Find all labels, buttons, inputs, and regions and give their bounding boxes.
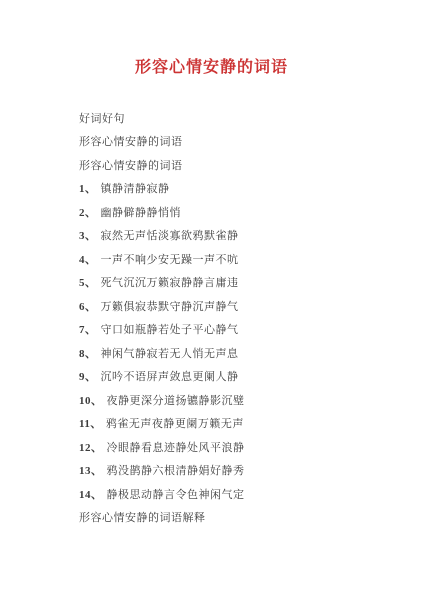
text-line: 形容心情安静的词语	[79, 130, 403, 154]
item-number: 9、	[79, 368, 97, 384]
page-title: 形容心情安静的词语	[0, 0, 423, 77]
item-number: 4、	[79, 251, 97, 267]
text-line: 好词好句	[79, 106, 403, 130]
numbered-list-item: 9、沉吟不语屏声敛息更阑人静	[79, 365, 403, 389]
text-line: 形容心情安静的词语	[79, 153, 403, 177]
item-text: 形容心情安静的词语	[79, 157, 183, 173]
item-number: 11、	[79, 415, 102, 431]
item-text: 鸦没鹊静六根清静娟好静秀	[107, 462, 245, 478]
item-number: 10、	[79, 392, 103, 408]
item-text: 好词好句	[79, 110, 125, 126]
item-number: 8、	[79, 345, 97, 361]
item-text: 形容心情安静的词语解释	[79, 509, 206, 525]
item-number: 6、	[79, 298, 97, 314]
numbered-list-item: 8、神闲气静寂若无人悄无声息	[79, 341, 403, 365]
word-list: 好词好句形容心情安静的词语形容心情安静的词语1、镇静清静寂静2、幽静僻静静悄悄3…	[79, 106, 403, 529]
numbered-list-item: 2、幽静僻静静悄悄	[79, 200, 403, 224]
numbered-list-item: 10、夜静更深分道扬镳静影沉璧	[79, 388, 403, 412]
item-number: 5、	[79, 274, 97, 290]
item-text: 万籁俱寂恭默守静沉声静气	[101, 298, 239, 314]
item-text: 沉吟不语屏声敛息更阑人静	[101, 368, 239, 384]
item-text: 静极思动静言令色神闲气定	[107, 486, 245, 502]
numbered-list-item: 7、守口如瓶静若处子平心静气	[79, 318, 403, 342]
numbered-list-item: 1、镇静清静寂静	[79, 177, 403, 201]
item-text: 一声不响少安无躁一声不吭	[101, 251, 239, 267]
item-text: 死气沉沉万籁寂静静言庸违	[101, 274, 239, 290]
item-text: 神闲气静寂若无人悄无声息	[101, 345, 239, 361]
item-number: 3、	[79, 227, 97, 243]
item-text: 鸦雀无声夜静更阑万籁无声	[106, 415, 244, 431]
item-number: 13、	[79, 462, 103, 478]
numbered-list-item: 5、死气沉沉万籁寂静静言庸违	[79, 271, 403, 295]
item-number: 2、	[79, 204, 97, 220]
item-text: 幽静僻静静悄悄	[101, 204, 182, 220]
item-text: 寂然无声恬淡寡欲鸦默雀静	[101, 227, 239, 243]
text-line: 形容心情安静的词语解释	[79, 506, 403, 530]
item-number: 7、	[79, 321, 97, 337]
item-number: 1、	[79, 180, 97, 196]
numbered-list-item: 3、寂然无声恬淡寡欲鸦默雀静	[79, 224, 403, 248]
numbered-list-item: 12、冷眼静看息迹静处风平浪静	[79, 435, 403, 459]
item-text: 镇静清静寂静	[101, 180, 170, 196]
numbered-list-item: 6、万籁俱寂恭默守静沉声静气	[79, 294, 403, 318]
item-text: 守口如瓶静若处子平心静气	[101, 321, 239, 337]
numbered-list-item: 4、一声不响少安无躁一声不吭	[79, 247, 403, 271]
item-text: 形容心情安静的词语	[79, 133, 183, 149]
document-page: 形容心情安静的词语 好词好句形容心情安静的词语形容心情安静的词语1、镇静清静寂静…	[0, 0, 423, 600]
numbered-list-item: 14、静极思动静言令色神闲气定	[79, 482, 403, 506]
item-text: 冷眼静看息迹静处风平浪静	[107, 439, 245, 455]
item-number: 12、	[79, 439, 103, 455]
item-number: 14、	[79, 486, 103, 502]
numbered-list-item: 11、鸦雀无声夜静更阑万籁无声	[79, 412, 403, 436]
item-text: 夜静更深分道扬镳静影沉璧	[107, 392, 245, 408]
numbered-list-item: 13、鸦没鹊静六根清静娟好静秀	[79, 459, 403, 483]
